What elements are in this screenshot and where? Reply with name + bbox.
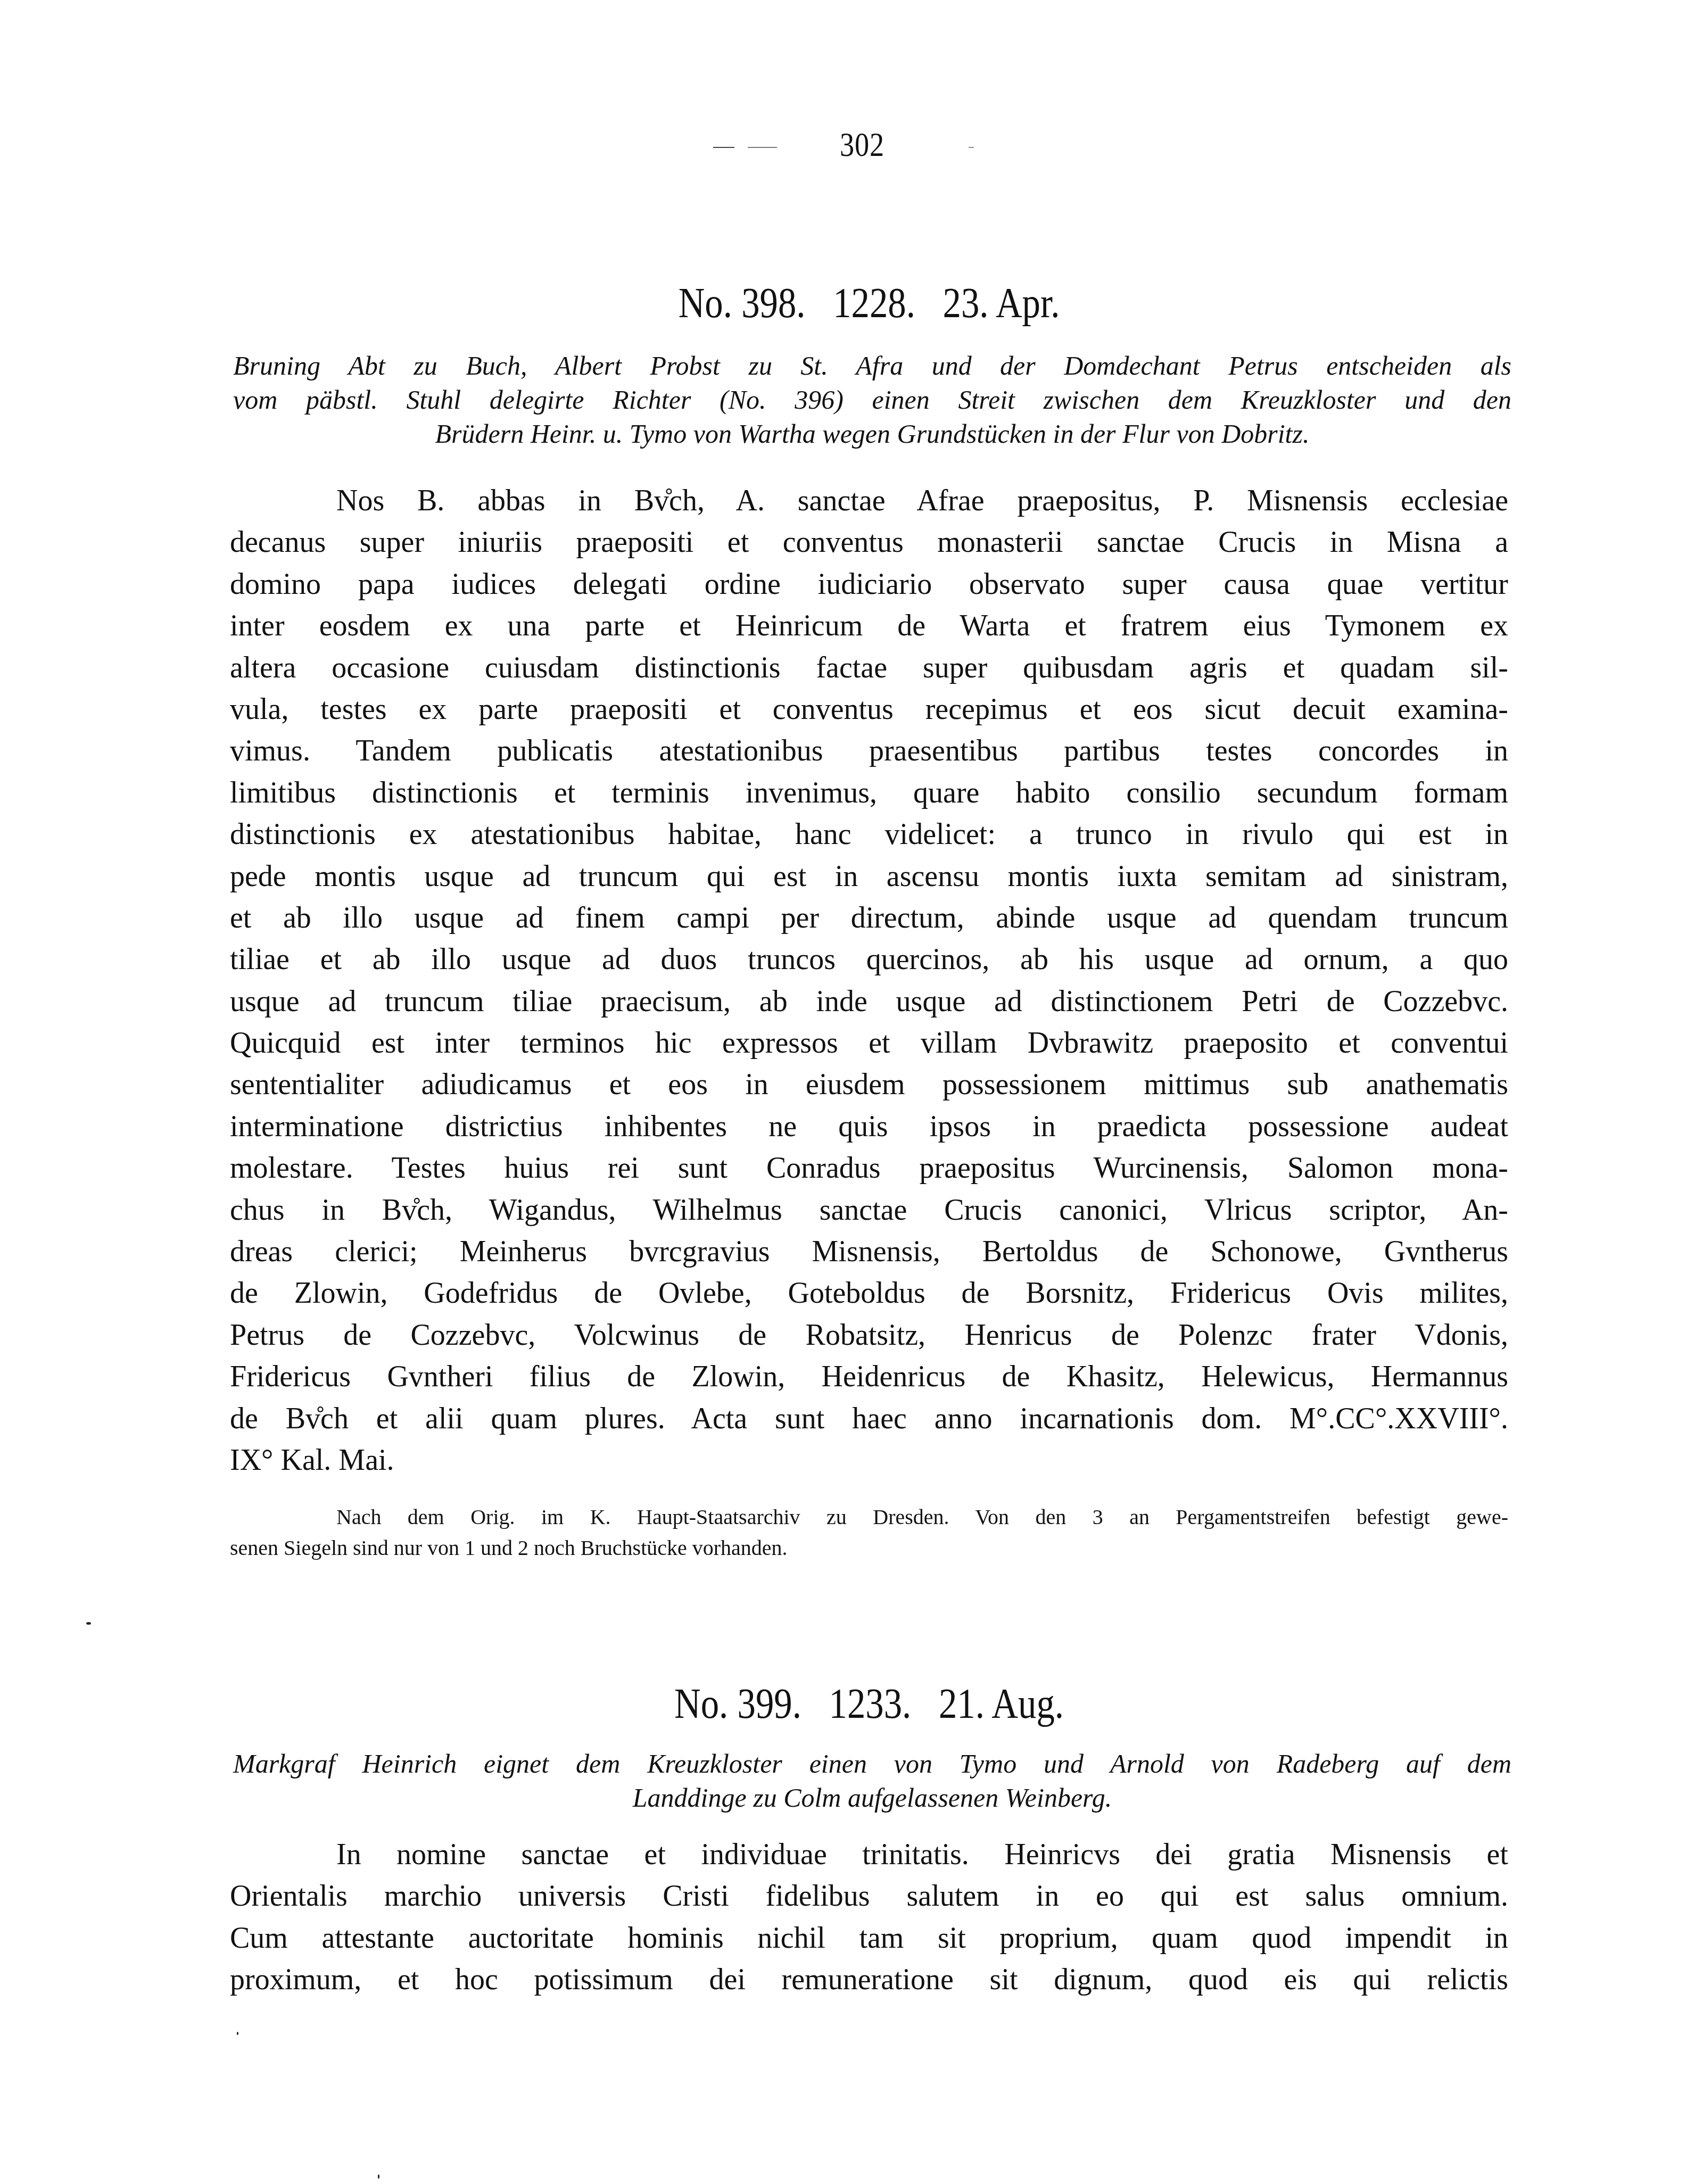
body-line: vula, testes ex parte praepositi et conv…	[230, 689, 1508, 730]
body-line: chus in Bv̊ch, Wigandus, Wilhelmus sanct…	[230, 1189, 1508, 1231]
header-dash-left-2	[748, 147, 777, 148]
footnote-line: Nach dem Orig. im K. Haupt-Staatsarchiv …	[230, 1502, 1508, 1533]
body-line: dreas clerici; Meinherus bvrcgravius Mis…	[230, 1231, 1508, 1272]
body-line: tiliae et ab illo usque ad duos truncos …	[230, 939, 1508, 980]
footnote-line: senen Siegeln sind nur von 1 und 2 noch …	[230, 1533, 1508, 1563]
document-heading: No. 398. 1228. 23. Apr.	[319, 278, 1419, 329]
document-heading: No. 399. 1233. 21. Aug.	[319, 1678, 1419, 1730]
document-398-summary: Bruning Abt zu Buch, Albert Probst zu St…	[230, 349, 1515, 451]
document-399-body: In nomine sanctae et individuae trinitat…	[230, 1834, 1508, 2001]
body-line: de Zlowin, Godefridus de Ovlebe, Gotebol…	[230, 1272, 1508, 1314]
body-line: decanus super iniuriis praepositi et con…	[230, 522, 1508, 563]
page-number: 302	[840, 123, 884, 166]
body-line: inter eosdem ex una parte et Heinricum d…	[230, 605, 1508, 647]
document-398-body: Nos B. abbas in Bv̊ch, A. sanctae Afrae …	[230, 480, 1508, 1481]
body-line: Petrus de Cozzebvc, Volcwinus de Robatsi…	[230, 1314, 1508, 1356]
document-398-heading-block: No. 398. 1228. 23. Apr.	[230, 278, 1508, 329]
header-dash-right	[969, 147, 974, 148]
body-line: domino papa iudices delegati ordine iudi…	[230, 564, 1508, 605]
body-line: vimus. Tandem publicatis atestationibus …	[230, 730, 1508, 772]
scan-speck	[378, 2174, 379, 2179]
body-line: limitibus distinctionis et terminis inve…	[230, 772, 1508, 814]
body-line: interminatione districtius inhibentes ne…	[230, 1106, 1508, 1147]
body-line: Fridericus Gvntheri filius de Zlowin, He…	[230, 1356, 1508, 1397]
body-line: sententialiter adiudicamus et eos in eiu…	[230, 1064, 1508, 1105]
body-line: altera occasione cuiusdam distinctionis …	[230, 647, 1508, 689]
body-line: distinctionis ex atestationibus habitae,…	[230, 814, 1508, 855]
document-399-summary: Markgraf Heinrich eignet dem Kreuzkloste…	[230, 1747, 1515, 1815]
body-line: Cum attestante auctoritate hominis nichi…	[230, 1917, 1508, 1959]
body-line: Nos B. abbas in Bv̊ch, A. sanctae Afrae …	[230, 480, 1508, 522]
document-page: 302 No. 398. 1228. 23. Apr. Bruning Abt …	[0, 0, 1695, 2184]
scan-speck	[237, 2032, 238, 2035]
body-line: et ab illo usque ad finem campi per dire…	[230, 897, 1508, 939]
body-line: pede montis usque ad truncum qui est in …	[230, 856, 1508, 897]
document-399-heading-block: No. 399. 1233. 21. Aug.	[230, 1678, 1508, 1730]
body-line: Orientalis marchio universis Cristi fide…	[230, 1875, 1508, 1917]
body-line: IX° Kal. Mai.	[230, 1440, 1508, 1481]
body-line: molestare. Testes huius rei sunt Conradu…	[230, 1147, 1508, 1189]
body-line: Quicquid est inter terminos hic expresso…	[230, 1022, 1508, 1064]
scan-speck	[86, 1622, 91, 1625]
summary-line: Bruning Abt zu Buch, Albert Probst zu St…	[233, 349, 1511, 383]
page-header: 302	[0, 123, 1695, 166]
summary-line: vom päbstl. Stuhl delegirte Richter (No.…	[233, 383, 1511, 417]
body-line: de Bv̊ch et alii quam plures. Acta sunt …	[230, 1398, 1508, 1440]
body-line: In nomine sanctae et individuae trinitat…	[230, 1834, 1508, 1875]
body-line: proximum, et hoc potissimum dei remunera…	[230, 1959, 1508, 2000]
document-398-footnote: Nach dem Orig. im K. Haupt-Staatsarchiv …	[230, 1502, 1508, 1563]
summary-line: Markgraf Heinrich eignet dem Kreuzkloste…	[233, 1747, 1511, 1781]
summary-line: Brüdern Heinr. u. Tymo von Wartha wegen …	[233, 417, 1511, 451]
header-dash-left	[713, 147, 734, 148]
body-line: usque ad truncum tiliae praecisum, ab in…	[230, 981, 1508, 1022]
summary-line: Landdinge zu Colm aufgelassenen Weinberg…	[233, 1781, 1511, 1815]
